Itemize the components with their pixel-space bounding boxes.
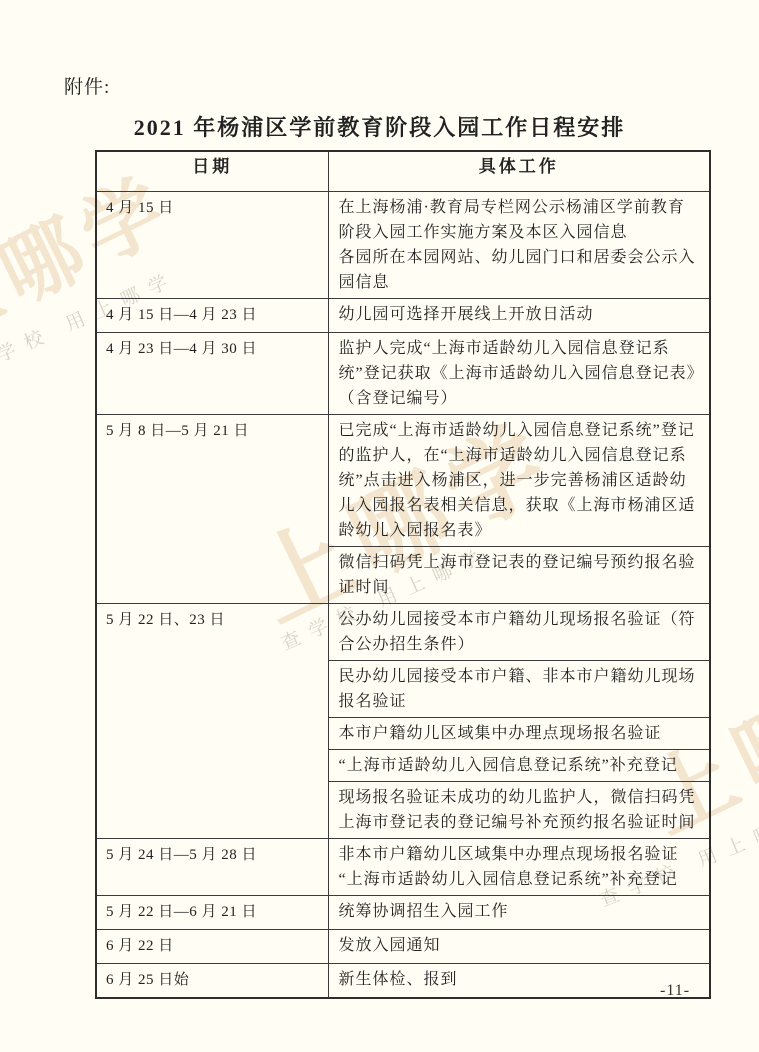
work-cell: 现场报名验证未成功的幼儿监护人，微信扫码凭上海市登记表的登记编号补充预约报名验证… (328, 781, 710, 838)
attachment-label: 附件: (64, 72, 110, 99)
work-cell: 非本市户籍幼儿区域集中办理点现场报名验证 “上海市适龄幼儿入园信息登记系统”补充… (328, 838, 710, 895)
date-cell: 6 月 22 日 (96, 929, 328, 963)
work-cell: 幼儿园可选择开展线上开放日活动 (328, 298, 710, 332)
work-paragraph: 各园所在本园网站、幼儿园门口和居委会公示入园信息 (339, 245, 702, 295)
work-paragraph: “上海市适龄幼儿入园信息登记系统”补充登记 (339, 867, 702, 892)
table-header-work: 具体工作 (328, 151, 710, 191)
table-row: 6 月 25 日始 新生体检、报到 (96, 963, 710, 998)
work-cell: 公办幼儿园接受本市户籍幼儿现场报名验证（符合公办招生条件） (328, 603, 710, 660)
work-cell: 监护人完成“上海市适龄幼儿入园信息登记系统”登记获取《上海市适龄幼儿入园信息登记… (328, 332, 710, 414)
table-row: 6 月 22 日 发放入园通知 (96, 929, 710, 963)
date-cell: 4 月 23 日—4 月 30 日 (96, 332, 328, 414)
work-paragraph: 发放入园通知 (339, 933, 702, 958)
work-paragraph: “上海市适龄幼儿入园信息登记系统”补充登记 (339, 753, 702, 778)
schedule-table-container: 日期 具体工作 4 月 15 日 在上海杨浦·教育局专栏网公示杨浦区学前教育阶段… (95, 150, 709, 999)
table-row: 5 月 22 日—6 月 21 日 统筹协调招生入园工作 (96, 895, 710, 929)
work-cell: 民办幼儿园接受本市户籍、非本市户籍幼儿现场报名验证 (328, 660, 710, 717)
work-paragraph: 幼儿园可选择开展线上开放日活动 (339, 302, 702, 327)
work-paragraph: 现场报名验证未成功的幼儿监护人，微信扫码凭上海市登记表的登记编号补充预约报名验证… (339, 785, 702, 835)
table-row: 4 月 23 日—4 月 30 日 监护人完成“上海市适龄幼儿入园信息登记系统”… (96, 332, 710, 414)
date-cell: 6 月 25 日始 (96, 963, 328, 998)
date-cell: 4 月 15 日—4 月 23 日 (96, 298, 328, 332)
table-header-date: 日期 (96, 151, 328, 191)
table-row: 5 月 22 日、23 日 公办幼儿园接受本市户籍幼儿现场报名验证（符合公办招生… (96, 603, 710, 660)
work-paragraph: 监护人完成“上海市适龄幼儿入园信息登记系统”登记获取《上海市适龄幼儿入园信息登记… (339, 336, 702, 411)
schedule-table: 日期 具体工作 4 月 15 日 在上海杨浦·教育局专栏网公示杨浦区学前教育阶段… (95, 150, 711, 999)
work-cell: 本市户籍幼儿区域集中办理点现场报名验证 (328, 717, 710, 749)
work-cell: 微信扫码凭上海市登记表的登记编号预约报名验证时间 (328, 546, 710, 603)
table-row: 4 月 15 日 在上海杨浦·教育局专栏网公示杨浦区学前教育阶段入园工作实施方案… (96, 191, 710, 298)
work-paragraph: 非本市户籍幼儿区域集中办理点现场报名验证 (339, 842, 702, 867)
table-row: 5 月 8 日—5 月 21 日 已完成“上海市适龄幼儿入园信息登记系统”登记的… (96, 414, 710, 546)
document-title: 2021 年杨浦区学前教育阶段入园工作日程安排 (0, 111, 759, 142)
date-cell: 5 月 22 日—6 月 21 日 (96, 895, 328, 929)
work-paragraph: 本市户籍幼儿区域集中办理点现场报名验证 (339, 721, 702, 746)
work-cell: 已完成“上海市适龄幼儿入园信息登记系统”登记的监护人，在“上海市适龄幼儿入园信息… (328, 414, 710, 546)
page-number: -11- (660, 982, 690, 1000)
work-cell: “上海市适龄幼儿入园信息登记系统”补充登记 (328, 749, 710, 781)
table-row: 4 月 15 日—4 月 23 日 幼儿园可选择开展线上开放日活动 (96, 298, 710, 332)
work-cell: 新生体检、报到 (328, 963, 710, 998)
table-header-row: 日期 具体工作 (96, 151, 710, 191)
work-cell: 统筹协调招生入园工作 (328, 895, 710, 929)
document-page: 上哪学 查学校 用上哪学 上哪学 查学校 用上哪学 上哪学 查学校 用上哪学 附… (0, 0, 759, 1052)
work-paragraph: 民办幼儿园接受本市户籍、非本市户籍幼儿现场报名验证 (339, 664, 702, 714)
date-cell: 5 月 8 日—5 月 21 日 (96, 414, 328, 603)
work-paragraph: 公办幼儿园接受本市户籍幼儿现场报名验证（符合公办招生条件） (339, 607, 702, 657)
work-paragraph: 微信扫码凭上海市登记表的登记编号预约报名验证时间 (339, 550, 702, 600)
work-cell: 发放入园通知 (328, 929, 710, 963)
work-cell: 在上海杨浦·教育局专栏网公示杨浦区学前教育阶段入园工作实施方案及本区入园信息 各… (328, 191, 710, 298)
date-cell: 5 月 22 日、23 日 (96, 603, 328, 838)
work-paragraph: 新生体检、报到 (339, 967, 702, 992)
work-paragraph: 统筹协调招生入园工作 (339, 899, 702, 924)
date-cell: 4 月 15 日 (96, 191, 328, 298)
table-row: 5 月 24 日—5 月 28 日 非本市户籍幼儿区域集中办理点现场报名验证 “… (96, 838, 710, 895)
date-cell: 5 月 24 日—5 月 28 日 (96, 838, 328, 895)
work-paragraph: 在上海杨浦·教育局专栏网公示杨浦区学前教育阶段入园工作实施方案及本区入园信息 (339, 195, 702, 245)
work-paragraph: 已完成“上海市适龄幼儿入园信息登记系统”登记的监护人，在“上海市适龄幼儿入园信息… (339, 418, 702, 543)
